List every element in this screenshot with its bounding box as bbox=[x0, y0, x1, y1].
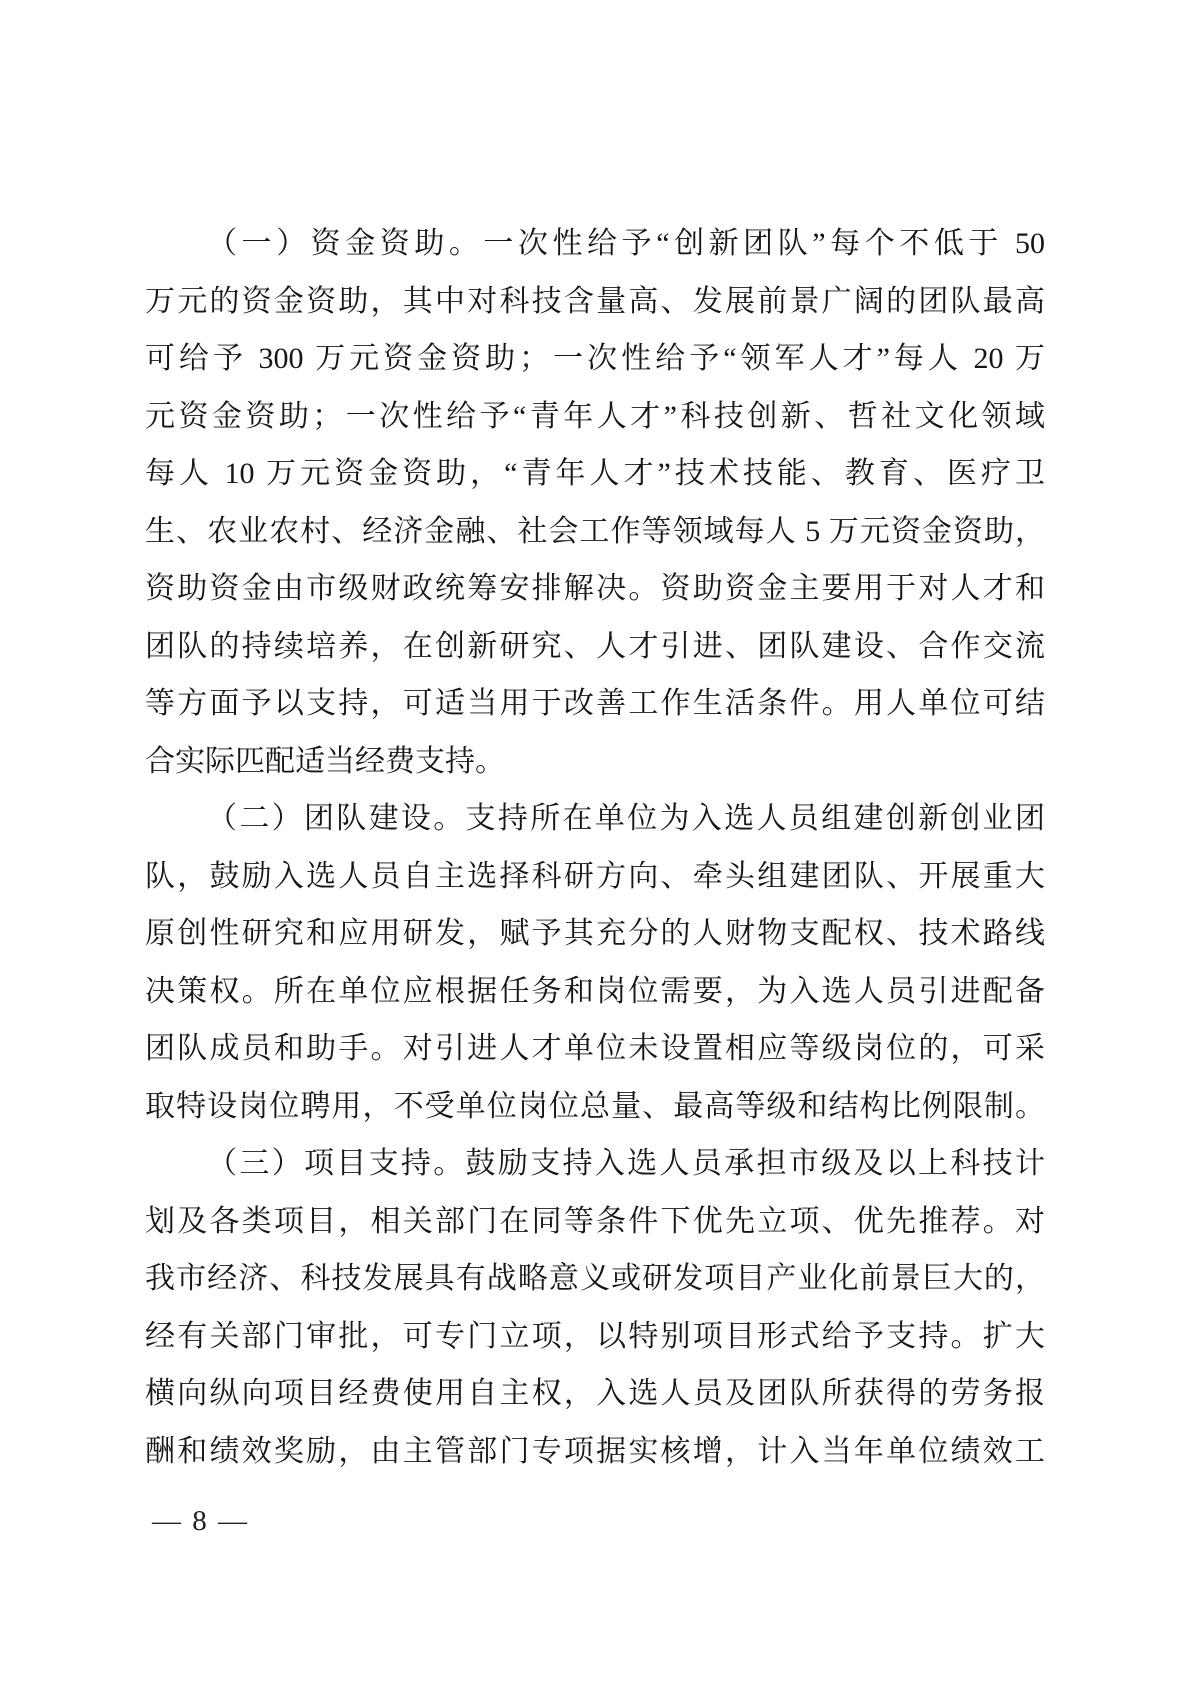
body-line: 横向纵向项目经费使用自主权，入选人员及团队所获得的劳务报 bbox=[145, 1365, 1045, 1423]
paragraph-team-building: （二）团队建设。支持所在单位为入选人员组建创新创业团 队，鼓励入选人员自主选择科… bbox=[145, 790, 1045, 1135]
body-line: 每人 10 万元资金资助，“青年人才”技术技能、教育、医疗卫 bbox=[145, 445, 1045, 503]
body-line: 划及各类项目，相关部门在同等条件下优先立项、优先推荐。对 bbox=[145, 1193, 1045, 1251]
document-page: （一）资金资助。一次性给予“创新团队”每个不低于 50 万元的资金资助，其中对科… bbox=[0, 0, 1191, 1684]
body-line: 等方面予以支持，可适当用于改善工作生活条件。用人单位可结 bbox=[145, 675, 1045, 733]
body-line: 生、农业农村、经济金融、社会工作等领域每人 5 万元资金资助， bbox=[145, 503, 1045, 561]
body-line: 元资金资助；一次性给予“青年人才”科技创新、哲社文化领域 bbox=[145, 388, 1045, 446]
body-line: 团队成员和助手。对引进人才单位未设置相应等级岗位的，可采 bbox=[145, 1020, 1045, 1078]
body-line: 队，鼓励入选人员自主选择科研方向、牵头组建团队、开展重大 bbox=[145, 848, 1045, 906]
body-line: （一）资金资助。一次性给予“创新团队”每个不低于 50 bbox=[145, 215, 1045, 273]
paragraph-funding: （一）资金资助。一次性给予“创新团队”每个不低于 50 万元的资金资助，其中对科… bbox=[145, 215, 1045, 790]
body-line: 资助资金由市级财政统筹安排解决。资助资金主要用于对人才和 bbox=[145, 560, 1045, 618]
body-line: 经有关部门审批，可专门立项，以特别项目形式给予支持。扩大 bbox=[145, 1308, 1045, 1366]
body-line: 我市经济、科技发展具有战略意义或研发项目产业化前景巨大的， bbox=[145, 1250, 1045, 1308]
body-line: （二）团队建设。支持所在单位为入选人员组建创新创业团 bbox=[145, 790, 1045, 848]
document-body: （一）资金资助。一次性给予“创新团队”每个不低于 50 万元的资金资助，其中对科… bbox=[145, 215, 1045, 1480]
body-line: 取特设岗位聘用，不受单位岗位总量、最高等级和结构比例限制。 bbox=[145, 1078, 1045, 1136]
page-number: — 8 — bbox=[152, 1497, 249, 1545]
body-line: 可给予 300 万元资金资助；一次性给予“领军人才”每人 20 万 bbox=[145, 330, 1045, 388]
body-line: 团队的持续培养，在创新研究、人才引进、团队建设、合作交流 bbox=[145, 618, 1045, 676]
body-line: 万元的资金资助，其中对科技含量高、发展前景广阔的团队最高 bbox=[145, 273, 1045, 331]
body-line: 酬和绩效奖励，由主管部门专项据实核增，计入当年单位绩效工 bbox=[145, 1423, 1045, 1481]
paragraph-project-support: （三）项目支持。鼓励支持入选人员承担市级及以上科技计 划及各类项目，相关部门在同… bbox=[145, 1135, 1045, 1480]
body-line: （三）项目支持。鼓励支持入选人员承担市级及以上科技计 bbox=[145, 1135, 1045, 1193]
body-line: 原创性研究和应用研发，赋予其充分的人财物支配权、技术路线 bbox=[145, 905, 1045, 963]
body-line: 决策权。所在单位应根据任务和岗位需要，为入选人员引进配备 bbox=[145, 963, 1045, 1021]
body-line: 合实际匹配适当经费支持。 bbox=[145, 733, 1045, 791]
